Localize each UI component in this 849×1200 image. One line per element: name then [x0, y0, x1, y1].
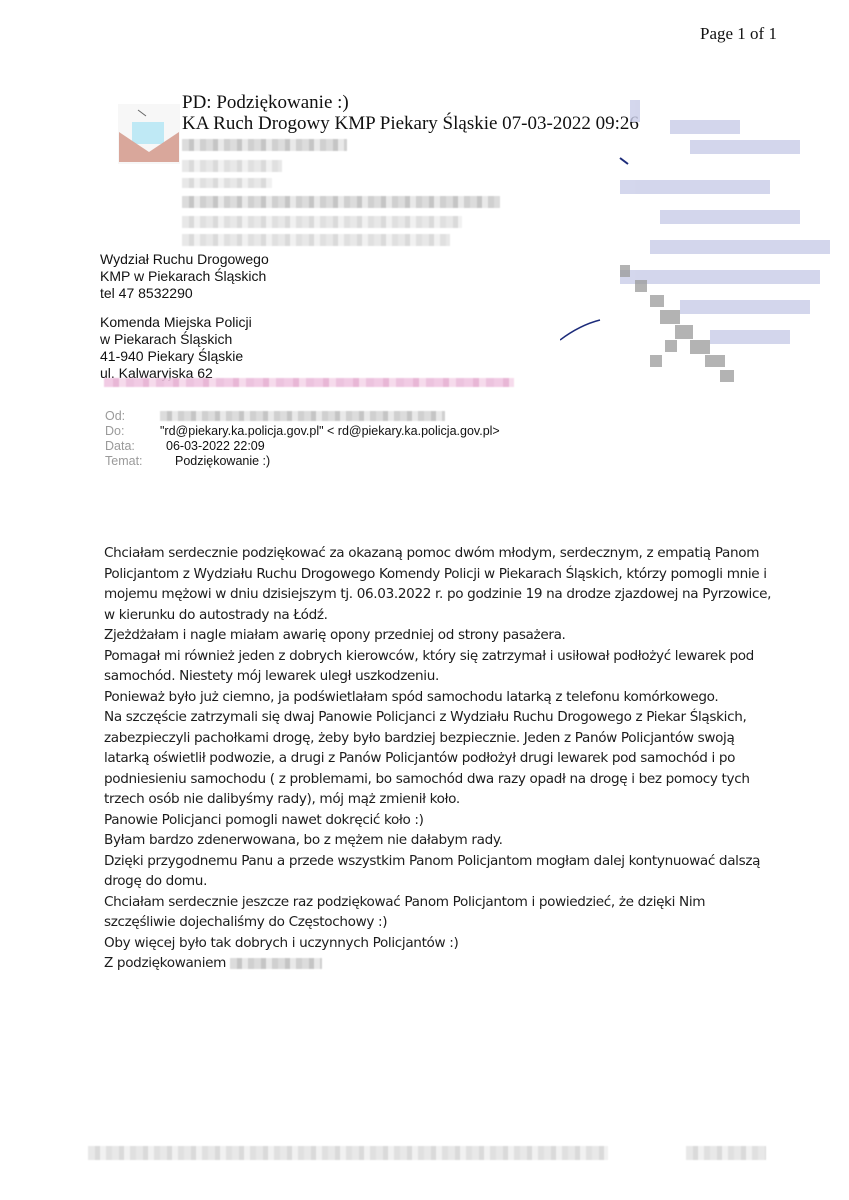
redacted-footer-date: [686, 1146, 766, 1160]
redacted-recipients: [182, 216, 462, 228]
body-paragraph: Oby więcej było tak dobrych i uczynnych …: [104, 933, 774, 954]
envelope-icon: [118, 104, 180, 164]
unit-address: Komenda Miejska Policji w Piekarach Śląs…: [100, 314, 252, 382]
body-paragraph: Dzięki przygodnemu Panu a przede wszystk…: [104, 851, 774, 892]
body-paragraph: Byłam bardzo zdenerwowana, bo z mężem ni…: [104, 830, 774, 851]
redacted-footer-url: [88, 1146, 608, 1160]
message-body: Chciałam serdecznie podziękować za okaza…: [104, 543, 774, 974]
redacted-contact-line: [104, 378, 514, 387]
body-paragraph: Pomagał mi również jeden z dobrych kiero…: [104, 646, 774, 687]
date-label: Data:: [105, 439, 135, 453]
date-value: 06-03-2022 22:09: [166, 439, 265, 453]
address-line: 41-940 Piekary Śląskie: [100, 348, 252, 365]
redacted-recipients: [182, 178, 272, 188]
redacted-recipients: [182, 234, 450, 246]
redacted-sender-name: [230, 958, 322, 969]
body-paragraph: Na szczęście zatrzymali się dwaj Panowie…: [104, 707, 774, 810]
body-paragraph: Ponieważ było już ciemno, ja podświetlał…: [104, 687, 774, 708]
body-paragraph: Chciałam serdecznie jeszcze raz podzięko…: [104, 892, 774, 933]
signature-line: Wydział Ruchu Drogowego: [100, 251, 269, 268]
redacted-recipients: [182, 160, 282, 172]
to-value: "rd@piekary.ka.policja.gov.pl" < rd@piek…: [160, 424, 500, 438]
redacted-from-value: [160, 411, 445, 421]
signature-line: KMP w Piekarach Śląskich: [100, 268, 269, 285]
closing-text: Z podziękowaniem: [104, 955, 226, 971]
body-paragraph: Chciałam serdecznie podziękować za okaza…: [104, 543, 774, 625]
redacted-handwritten-signature: [560, 80, 849, 420]
unit-signature: Wydział Ruchu Drogowego KMP w Piekarach …: [100, 251, 269, 302]
to-label: Do:: [105, 424, 124, 438]
signature-line: tel 47 8532290: [100, 285, 269, 302]
address-line: Komenda Miejska Policji: [100, 314, 252, 331]
page-indicator: Page 1 of 1: [700, 24, 777, 44]
closing-line: Z podziękowaniem: [104, 953, 774, 974]
redacted-recipients: [182, 196, 500, 208]
redacted-recipients: [182, 139, 347, 151]
email-subject: PD: Podziękowanie :): [182, 92, 349, 114]
body-paragraph: Zjeżdżałam i nagle miałam awarię opony p…: [104, 625, 774, 646]
body-paragraph: Panowie Policjanci pomogli nawet dokręci…: [104, 810, 774, 831]
address-line: w Piekarach Śląskich: [100, 331, 252, 348]
from-label: Od:: [105, 409, 125, 423]
subject-label: Temat:: [105, 454, 143, 468]
subject-value: Podziękowanie :): [175, 454, 270, 468]
